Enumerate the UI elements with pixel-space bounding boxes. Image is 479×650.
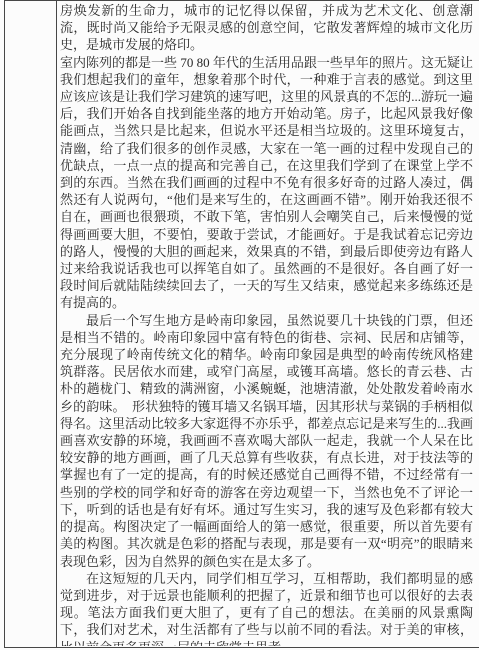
essay-paragraph: 最后一个写生地方是岭南印象园，虽然说要几十块钱的门票，但还是相当不错的。岭南印象… bbox=[60, 312, 473, 570]
essay-text-cell: 房焕发新的生命力，城市的记忆得以保留，并成为艺术文化、创意潮流，既时尚又能给予无… bbox=[60, 2, 473, 646]
essay-paragraph: 在这短短的几天内，同学们相互学习，互相帮助，我们都明显的感觉到进步，对于远景也能… bbox=[60, 570, 473, 646]
table-border-top bbox=[4, 0, 479, 1]
table-column-divider bbox=[56, 0, 57, 648]
essay-paragraph: 室内陈列的都是一些 70 80 年代的生活用品跟一些早年的照片。这无疑让我们想起… bbox=[60, 54, 473, 312]
table-border-bottom bbox=[4, 647, 479, 648]
scanned-document-page: 房焕发新的生命力，城市的记忆得以保留，并成为艺术文化、创意潮流，既时尚又能给予无… bbox=[0, 0, 479, 650]
essay-paragraph: 房焕发新的生命力，城市的记忆得以保留，并成为艺术文化、创意潮流，既时尚又能给予无… bbox=[60, 2, 473, 54]
table-left-empty-cell bbox=[5, 1, 56, 647]
